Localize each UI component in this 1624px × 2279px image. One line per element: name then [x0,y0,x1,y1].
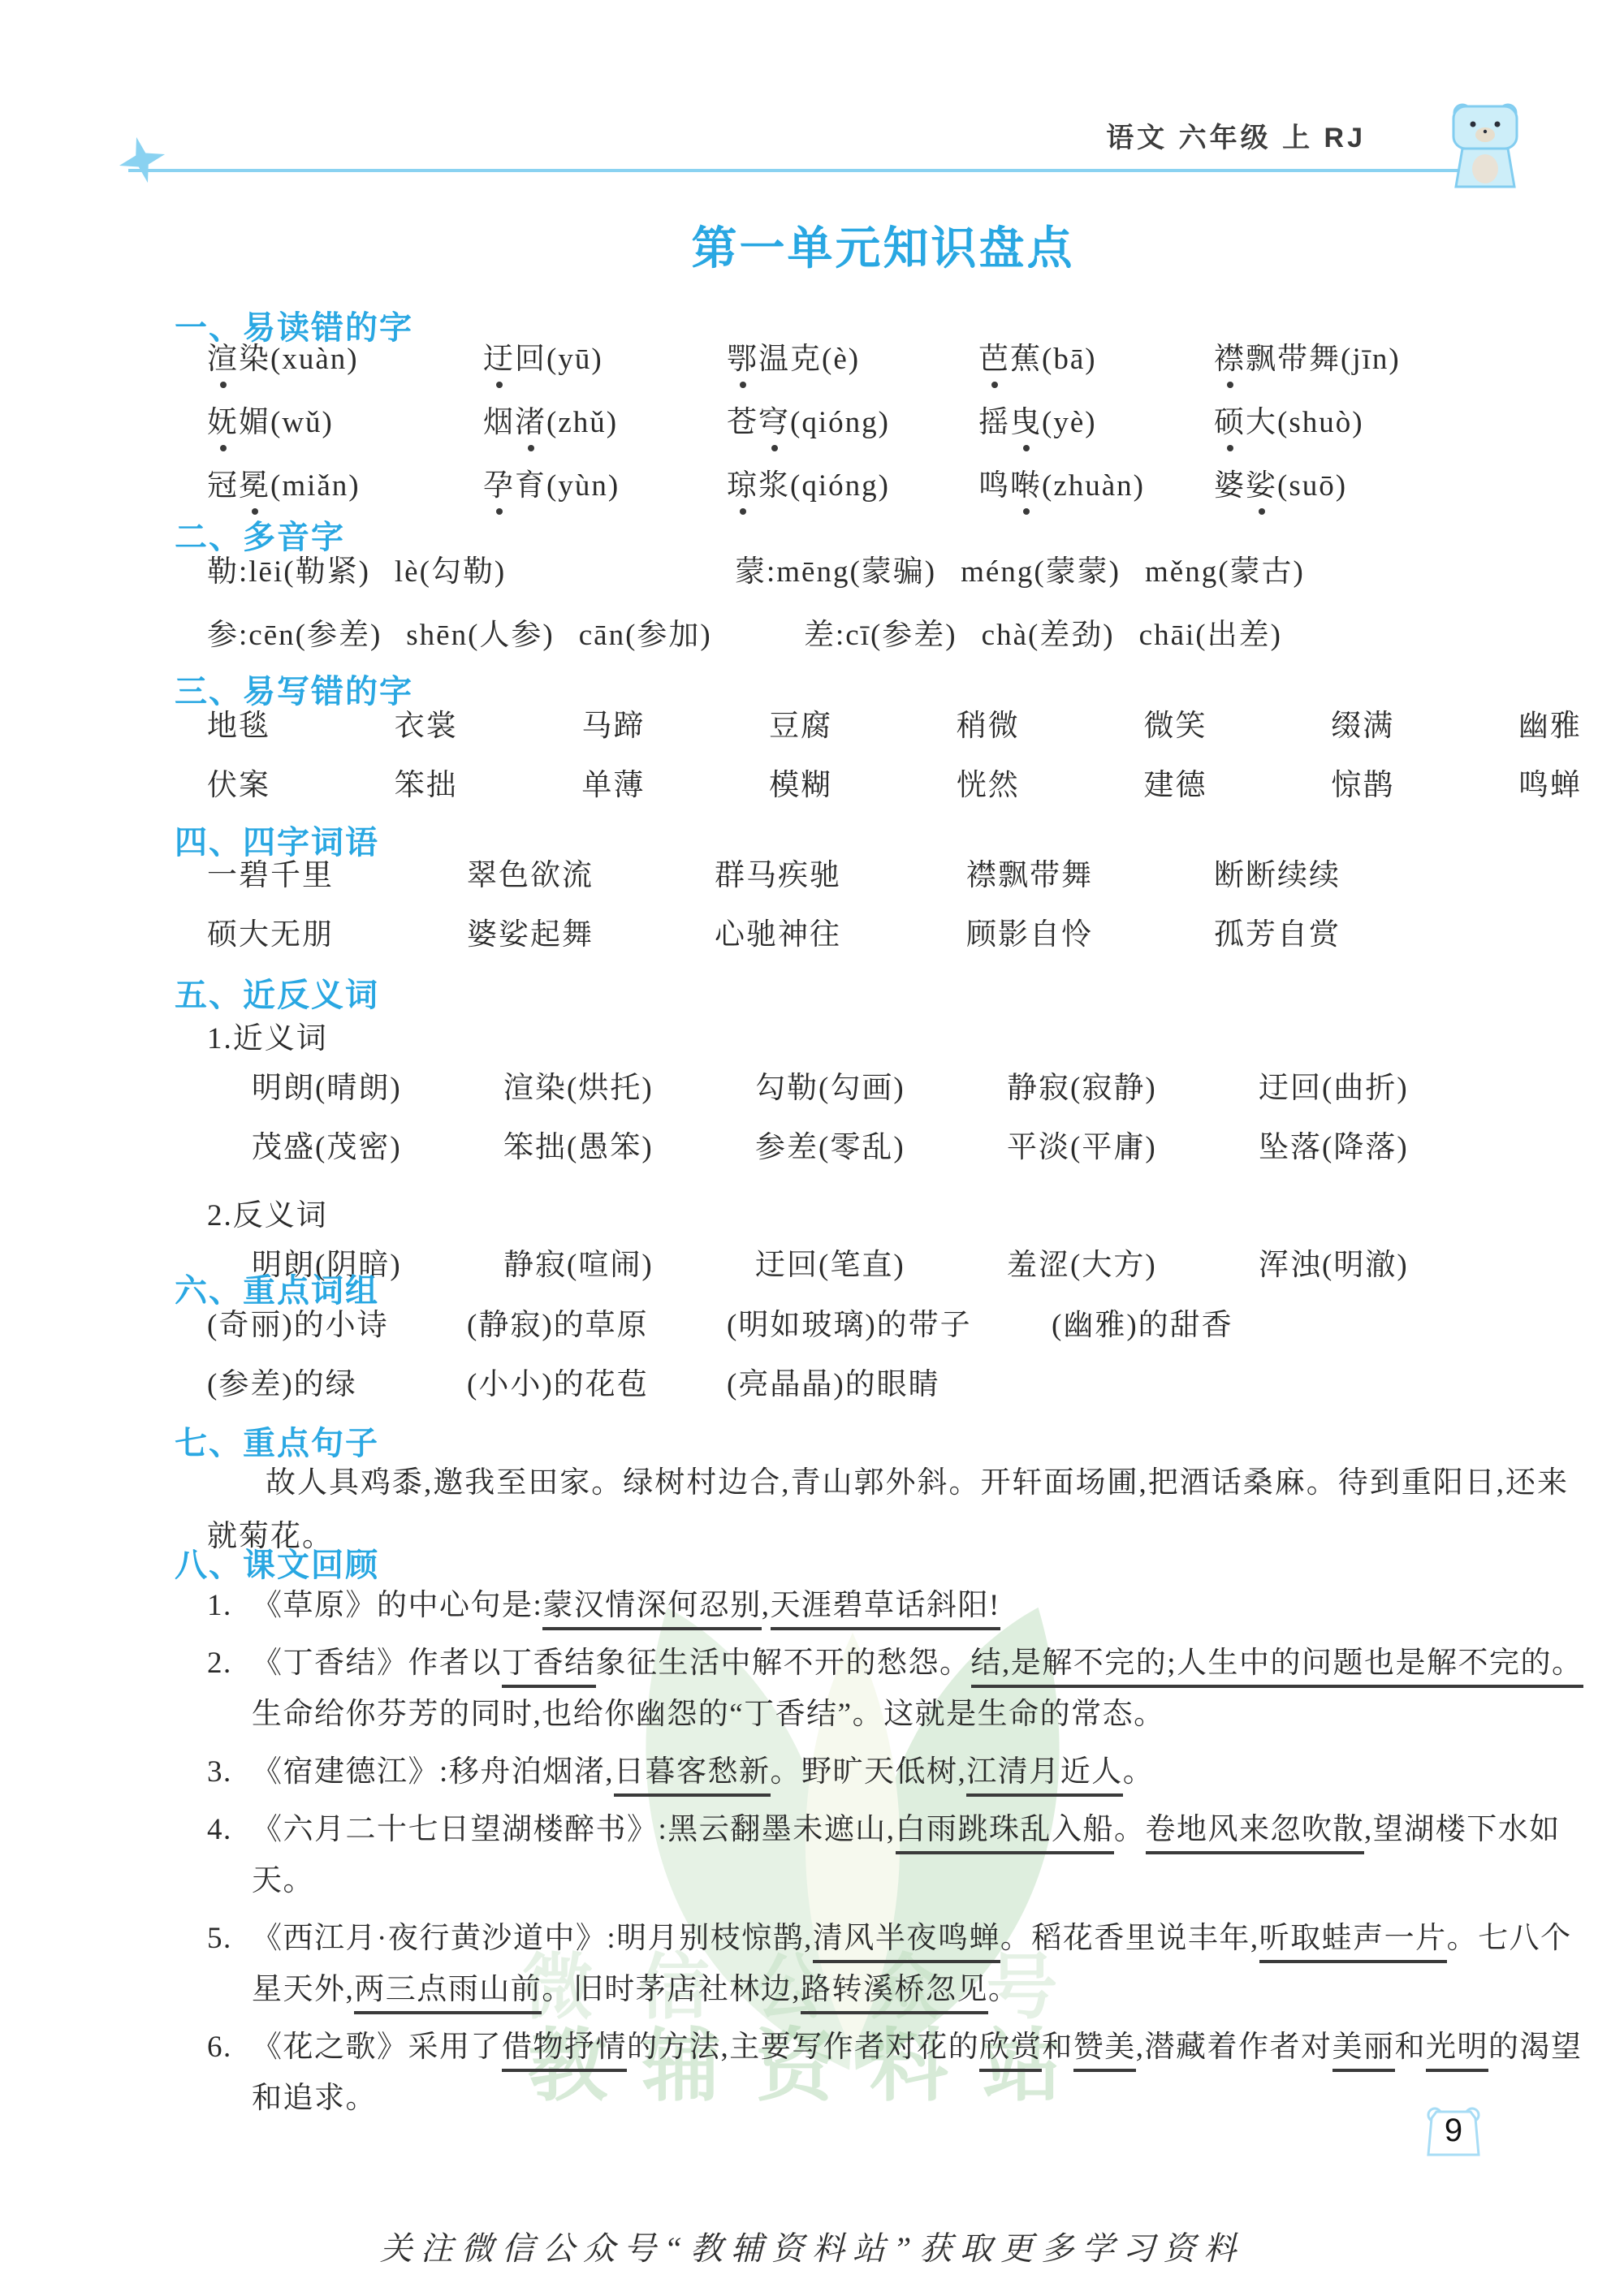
synonym-pair: 参差(零乱) [755,1133,1007,1164]
underlined-segment: 蒙汉情深何忍别 [542,1589,762,1630]
section-heading-2: 二、多音字 [175,511,1592,558]
pronunciation: shēn(人参) [406,619,554,652]
phrase-row-2: (参差)的绿(小小)的花苞(亮晶晶)的眼睛 [175,1370,1592,1401]
dotted-char: 娑 [1246,469,1277,503]
text-segment: 和 [1042,2031,1073,2064]
dotted-char: 琼 [727,469,758,503]
miswritten-word-rows: 地毯衣裳马蹄豆腐稍微微笑缀满幽雅伏案笨拙单薄模糊恍然建德惊鹊鸣蝉 [175,711,1592,802]
dotted-char: 鄂 [727,343,758,376]
recall-item: 1.《草原》的中心句是:蒙汉情深何忍别,天涯碧草话斜阳! [207,1580,1592,1631]
pronunciation: měng(蒙古) [1145,555,1305,589]
section-text-recall: 1.《草原》的中心句是:蒙汉情深何忍别,天涯碧草话斜阳!2.《丁香结》作者以丁香… [175,1580,1592,2130]
recall-item: 5.《西江月·夜行黄沙道中》:明月别枝惊鹊,清风半夜鸣蝉。稻花香里说丰年,听取蛙… [207,1913,1592,2015]
footer-note: 关注微信公众号“教辅资料站”获取更多学习资料 [0,2223,1624,2269]
section-heading-1: 一、易读错的字 [175,302,1592,348]
underlined-segment: 天涯碧草话斜阳! [771,1589,1000,1630]
idiom-grid: 一碧千里翠色欲流群马疾驰襟飘带舞断断续续硕大无朋婆娑起舞心驰神往顾影自怜孤芳自赏 [175,861,1592,952]
underlined-segment: 听取蛙声一片 [1259,1922,1447,1963]
idiom: 婆娑起舞 [467,920,715,952]
edition-label: 语文 六年级 上 RJ [1106,115,1366,155]
section-polyphones: 勒:lēi(勒紧)lè(勾勒)蒙:mēng(蒙骗)méng(蒙蒙)měng(蒙古… [175,557,1592,684]
idiom: 一碧千里 [207,861,467,892]
synonym-pair: 茂盛(茂密) [252,1133,503,1164]
miswritten-word: 缀满 [1331,711,1394,743]
dotted-char: 硕 [1214,406,1246,439]
misread-word: 婆娑(suō) [1214,471,1592,503]
misread-word: 硕大(shuò) [1214,408,1592,439]
head-char: 蒙: [735,555,776,589]
miswritten-word: 马蹄 [581,711,645,743]
miswritten-word: 模糊 [769,770,832,802]
section-heading-3: 三、易写错的字 [175,666,1592,712]
sparkle-icon [117,135,167,185]
key-phrase: (奇丽)的小诗 [207,1310,467,1342]
workbook-page: 微信公众号 教辅资料站 语文 六年级 上 RJ 第一单元知识盘点 一、易读错的字… [0,0,1624,2279]
text-segment: 。稻花香里说丰年, [1000,1922,1259,1955]
dotted-char: 穹 [758,406,790,439]
key-phrase: (小小)的花苞 [467,1370,727,1401]
pronunciation: lè(勾勒) [395,555,506,589]
underlined-segment: 光明 [1426,2031,1488,2072]
text-segment: 《宿建德江》:移舟泊烟渚, [252,1755,614,1789]
misread-word: 迂回(yū) [483,344,727,376]
polyphone-row: 勒:lēi(勒紧)lè(勾勒)蒙:mēng(蒙骗)méng(蒙蒙)měng(蒙古… [207,557,1592,589]
section-key-phrases: (奇丽)的小诗(静寂)的草原(明如玻璃)的带子(幽雅)的甜香 (参差)的绿(小小… [175,1310,1592,1429]
section-easily-miswritten: 地毯衣裳马蹄豆腐稍微微笑缀满幽雅伏案笨拙单薄模糊恍然建德惊鹊鸣蝉 [175,711,1592,830]
misread-word: 摇曳(yè) [978,408,1214,439]
polyphone-group: 勒:lēi(勒紧)lè(勾勒) [207,557,735,589]
bear-mascot-icon [1450,102,1522,192]
idiom: 顾影自怜 [966,920,1214,952]
misread-word: 烟渚(zhǔ) [483,408,727,439]
pronunciation: lēi(勒紧) [248,555,370,589]
miswritten-word: 建德 [1144,770,1207,802]
miswritten-word: 笨拙 [395,770,458,802]
underlined-segment: 欣赏 [979,2031,1042,2072]
misread-word: 襟飘带舞(jīn) [1214,344,1592,376]
underlined-segment: 结,是解不完的;人生中的问题也是解不完的。 [971,1647,1583,1688]
item-number: 3. [207,1746,252,1798]
underlined-segment: 美丽 [1332,2031,1395,2072]
idiom: 襟飘带舞 [966,861,1214,892]
miswritten-word: 豆腐 [769,711,832,743]
dotted-char: 迂 [483,343,515,376]
synonym-pair: 静寂(寂静) [1007,1073,1259,1105]
text-segment: 《花之歌》采用了 [252,2031,502,2064]
synonym-grid: 明朗(晴朗)渲染(烘托)勾勒(勾画)静寂(寂静)迂回(曲折)茂盛(茂密)笨拙(愚… [175,1073,1592,1164]
polyphone-group: 差:cī(参差)chà(差劲)chāi(出差) [804,620,1282,652]
text-segment: 。 [988,1973,1020,2006]
text-segment: 。 [1114,1813,1146,1846]
misread-word: 鄂温克(è) [727,344,978,376]
dotted-char: 啭 [1010,469,1042,503]
pronunciation: chà(差劲) [982,619,1115,652]
dotted-char: 妩 [207,406,239,439]
synonym-pair: 渲染(烘托) [503,1073,755,1105]
dotted-char: 襟 [1214,343,1246,376]
section-heading-8: 八、课文回顾 [175,1539,1592,1586]
head-char: 差: [804,619,845,652]
key-phrase: (明如玻璃)的带子 [727,1310,1052,1342]
idiom: 断断续续 [1214,861,1592,892]
page-title: 第一单元知识盘点 [175,213,1592,278]
item-number: 2. [207,1638,252,1689]
underlined-segment: 卷地风来忽吹散 [1146,1813,1365,1854]
misread-word: 渲染(xuàn) [207,344,483,376]
section-syn-ant: 1.近义词 明朗(晴朗)渲染(烘托)勾勒(勾画)静寂(寂静)迂回(曲折)茂盛(茂… [175,1013,1592,1305]
text-segment: 和 [1395,2031,1427,2064]
recall-item: 6.《花之歌》采用了借物抒情的方法,主要写作者对花的欣赏和赞美,潜藏着作者对美丽… [207,2022,1592,2124]
item-number: 5. [207,1913,252,1964]
idiom: 孤芳自赏 [1214,920,1592,952]
miswritten-word: 单薄 [581,770,645,802]
synonym-pair: 勾勒(勾画) [755,1073,1007,1105]
key-phrase: (静寂)的草原 [467,1310,727,1342]
synonym-pair: 笨拙(愚笨) [503,1133,755,1164]
underlined-segment: 江清月近人 [966,1755,1123,1797]
misread-word-grid: 渲染(xuàn)迂回(yū)鄂温克(è)芭蕉(bā)襟飘带舞(jīn)妩媚(wǔ… [175,344,1592,503]
text-segment: 。野旷天低树, [771,1755,967,1789]
dotted-char: 冕 [239,469,270,503]
miswritten-word: 惊鹊 [1331,770,1394,802]
dotted-char: 曳 [1010,406,1042,439]
text-segment: , [762,1589,771,1622]
text-segment: 《西江月·夜行黄沙道中》:明月别枝惊鹊, [252,1922,813,1955]
misread-word: 芭蕉(bā) [978,344,1214,376]
misread-word: 冠冕(miǎn) [207,471,483,503]
header-rule [128,169,1476,172]
idiom: 硕大无朋 [207,920,467,952]
key-phrase: (亮晶晶)的眼睛 [727,1370,1592,1401]
synonym-pair: 明朗(晴朗) [252,1073,503,1105]
section-easily-misread: 渲染(xuàn)迂回(yū)鄂温克(è)芭蕉(bā)襟飘带舞(jīn)妩媚(wǔ… [175,344,1592,503]
text-segment: 象征生活中解不开的愁怨。 [596,1647,971,1680]
misread-word: 孕育(yùn) [483,471,727,503]
head-char: 参: [207,619,248,652]
miswritten-row: 地毯衣裳马蹄豆腐稍微微笑缀满幽雅 [207,711,1582,743]
underlined-segment: 赞美 [1073,2031,1136,2072]
antonyms-sublabel: 2.反义词 [175,1190,1592,1234]
underlined-segment: 路转溪桥忽见 [801,1973,988,2014]
misread-word: 琼浆(qióng) [727,471,978,503]
text-segment: 《草原》的中心句是: [252,1589,542,1622]
pronunciation: cēn(参差) [248,619,382,652]
underlined-segment: 借物抒情 [502,2031,627,2072]
misread-word: 妩媚(wǔ) [207,408,483,439]
misread-word: 鸣啭(zhuàn) [978,471,1214,503]
dotted-char: 渚 [515,406,546,439]
polyphone-group: 参:cēn(参差)shēn(人参)cān(参加) [207,620,804,652]
text-segment: 的方法,主要写作者对花的 [627,2031,979,2064]
item-number: 1. [207,1580,252,1631]
recall-items: 1.《草原》的中心句是:蒙汉情深何忍别,天涯碧草话斜阳!2.《丁香结》作者以丁香… [175,1580,1592,2124]
miswritten-word: 地毯 [207,711,270,743]
dotted-char: 渲 [207,343,239,376]
miswritten-word: 鸣蝉 [1518,770,1582,802]
section-idioms: 一碧千里翠色欲流群马疾驰襟飘带舞断断续续硕大无朋婆娑起舞心驰神往顾影自怜孤芳自赏 [175,861,1592,952]
recall-item: 4.《六月二十七日望湖楼醉书》:黑云翻墨未遮山,白雨跳珠乱入船。卷地风来忽吹散,… [207,1804,1592,1906]
text-segment: 。 [1123,1755,1155,1789]
section-heading-6: 六、重点词组 [175,1265,1592,1311]
synonym-pair: 迂回(曲折) [1259,1073,1592,1105]
recall-item: 3.《宿建德江》:移舟泊烟渚,日暮客愁新。野旷天低树,江清月近人。 [207,1746,1592,1798]
miswritten-word: 微笑 [1144,711,1207,743]
underlined-segment: 两三点雨山前 [354,1973,542,2014]
text-segment: 《丁香结》作者以 [252,1647,502,1680]
polyphone-rows: 勒:lēi(勒紧)lè(勾勒)蒙:mēng(蒙骗)méng(蒙蒙)měng(蒙古… [175,557,1592,652]
synonyms-sublabel: 1.近义词 [175,1013,1592,1057]
head-char: 勒: [207,555,248,589]
idiom: 群马疾驰 [715,861,966,892]
miswritten-word: 稍微 [957,711,1020,743]
pronunciation: chāi(出差) [1139,619,1282,652]
recall-item: 2.《丁香结》作者以丁香结象征生活中解不开的愁怨。结,是解不完的;人生中的问题也… [207,1638,1592,1740]
idiom: 翠色欲流 [467,861,715,892]
pronunciation: cān(参加) [579,619,712,652]
polyphone-row: 参:cēn(参差)shēn(人参)cān(参加)差:cī(参差)chà(差劲)c… [207,620,1592,652]
text-segment: 《六月二十七日望湖楼醉书》:黑云翻墨未遮山, [252,1813,896,1846]
miswritten-word: 伏案 [207,770,270,802]
section-heading-5: 五、近反义词 [175,969,1592,1016]
page-number: 9 [1426,2113,1481,2149]
underlined-segment: 清风半夜鸣蝉 [813,1922,1000,1963]
dotted-char: 芭 [978,343,1010,376]
idiom: 心驰神往 [715,920,966,952]
key-phrase: (参差)的绿 [207,1370,467,1401]
pronunciation: mēng(蒙骗) [776,555,936,589]
text-segment: 生命给你芬芳的同时,也给你幽怨的“丁香结”。这就是生命的常态。 [252,1698,1165,1731]
dotted-char: 孕 [483,469,515,503]
key-phrase: (幽雅)的甜香 [1052,1310,1592,1342]
miswritten-word: 衣裳 [395,711,458,743]
misread-word: 苍穹(qióng) [727,408,978,439]
synonym-pair: 坠落(降落) [1259,1133,1592,1164]
miswritten-word: 幽雅 [1518,711,1582,743]
phrase-row-1: (奇丽)的小诗(静寂)的草原(明如玻璃)的带子(幽雅)的甜香 [175,1310,1592,1342]
underlined-segment: 日暮客愁新 [614,1755,771,1797]
text-segment: 。旧时茅店社林边, [542,1973,801,2006]
section-heading-4: 四、四字词语 [175,817,1592,863]
item-number: 6. [207,2022,252,2073]
underlined-segment: 白雨跳珠乱入船 [896,1813,1115,1854]
miswritten-word: 恍然 [957,770,1020,802]
text-segment: ,潜藏着作者对 [1136,2031,1332,2064]
underlined-segment: 丁香结 [502,1647,596,1688]
miswritten-row: 伏案笨拙单薄模糊恍然建德惊鹊鸣蝉 [207,770,1582,802]
pronunciation: cī(参差) [845,619,957,652]
polyphone-group: 蒙:mēng(蒙骗)méng(蒙蒙)měng(蒙古) [735,557,1305,589]
pronunciation: méng(蒙蒙) [961,555,1121,589]
synonym-pair: 平淡(平庸) [1007,1133,1259,1164]
item-number: 4. [207,1804,252,1855]
page-number-badge: 9 [1426,2106,1481,2158]
